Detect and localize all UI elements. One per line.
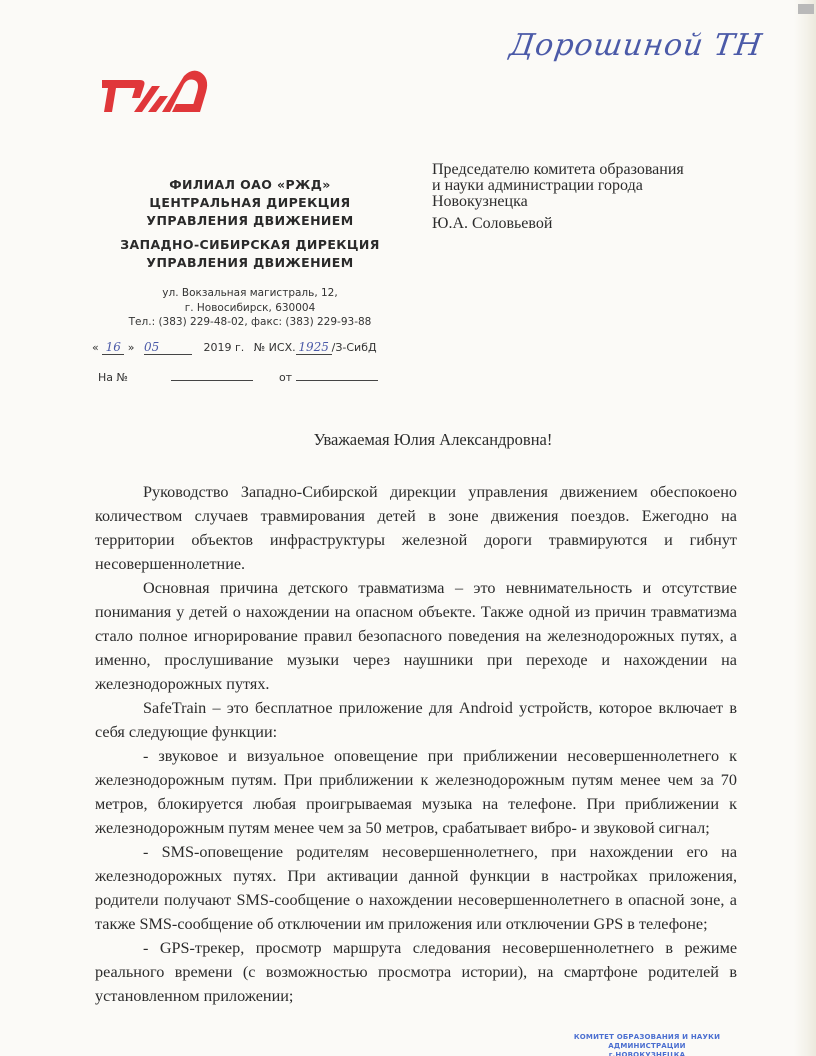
recipient-line1: Председателю комитета образования bbox=[432, 162, 752, 178]
outgoing-number: 1925 bbox=[296, 340, 332, 355]
bullet-sound-alert: - звуковое и визуальное оповещение при п… bbox=[95, 744, 737, 840]
sender-branch: ФИЛИАЛ ОАО «РЖД» bbox=[100, 176, 400, 194]
rzd-logo-icon bbox=[100, 66, 212, 118]
paragraph-1: Руководство Западно-Сибирской дирекции у… bbox=[95, 480, 737, 576]
sender-address: ул. Вокзальная магистраль, 12, г. Новоси… bbox=[100, 286, 400, 330]
reply-to-number-field bbox=[171, 368, 253, 381]
outgoing-number-label: № ИСХ. bbox=[254, 341, 296, 354]
open-quote: « bbox=[92, 341, 99, 354]
sender-directorate-line1: ЦЕНТРАЛЬНАЯ ДИРЕКЦИЯ bbox=[100, 194, 400, 212]
received-stamp: КОМИТЕТ ОБРАЗОВАНИЯ И НАУКИ АДМИНИСТРАЦИ… bbox=[572, 1033, 722, 1056]
sender-subdirectorate-line2: УПРАВЛЕНИЯ ДВИЖЕНИЕМ bbox=[100, 254, 400, 272]
reply-to-label: На № bbox=[98, 371, 128, 384]
outgoing-number-suffix: /З-СибД bbox=[332, 341, 377, 354]
paragraph-3: SafeTrain – это бесплатное приложение дл… bbox=[95, 696, 737, 744]
stamp-line2: АДМИНИСТРАЦИИ г.НОВОКУЗНЕЦКА bbox=[572, 1042, 722, 1056]
sender-directorate-line2: УПРАВЛЕНИЯ ДВИЖЕНИЕМ bbox=[100, 212, 400, 230]
bullet-gps-tracker: - GPS-трекер, просмотр маршрута следован… bbox=[95, 936, 737, 1008]
sender-block: ФИЛИАЛ ОАО «РЖД» ЦЕНТРАЛЬНАЯ ДИРЕКЦИЯ УП… bbox=[100, 176, 400, 272]
page-edge bbox=[794, 0, 816, 1056]
outgoing-number-block: « 16 » 05 2019 г. № ИСХ.1925/З-СибД На №… bbox=[92, 340, 412, 390]
recipient-name: Ю.А. Соловьевой bbox=[432, 216, 752, 232]
recipient-block: Председателю комитета образования и наук… bbox=[432, 162, 752, 232]
stamp-line1: КОМИТЕТ ОБРАЗОВАНИЯ И НАУКИ bbox=[572, 1033, 722, 1042]
bullet-sms-alert: - SMS-оповещение родителям несовершеннол… bbox=[95, 840, 737, 936]
recipient-line3: Новокузнецка bbox=[432, 194, 752, 210]
address-line2: г. Новосибирск, 630004 bbox=[100, 301, 400, 316]
outgoing-year: 2019 г. bbox=[203, 341, 244, 354]
handwritten-note: Дорошиной ТН bbox=[508, 28, 765, 63]
outgoing-date-row: « 16 » 05 2019 г. № ИСХ.1925/З-СибД bbox=[92, 340, 412, 362]
recipient-line2: и науки администрации города bbox=[432, 178, 752, 194]
reply-from-date-field bbox=[296, 368, 378, 381]
address-line1: ул. Вокзальная магистраль, 12, bbox=[100, 286, 400, 301]
page-edge-tab bbox=[798, 4, 814, 14]
reply-to-row: На № от bbox=[92, 368, 412, 390]
close-quote: » bbox=[128, 341, 135, 354]
salutation: Уважаемая Юлия Александровна! bbox=[0, 430, 816, 450]
outgoing-month: 05 bbox=[144, 340, 192, 355]
reply-from-label: от bbox=[279, 371, 292, 384]
phone-line: Тел.: (383) 229-48-02, факс: (383) 229-9… bbox=[100, 315, 400, 330]
outgoing-day: 16 bbox=[102, 340, 124, 355]
paragraph-2: Основная причина детского травматизма – … bbox=[95, 576, 737, 696]
sender-subdirectorate-line1: ЗАПАДНО-СИБИРСКАЯ ДИРЕКЦИЯ bbox=[100, 236, 400, 254]
letter-body: Руководство Западно-Сибирской дирекции у… bbox=[95, 480, 737, 1008]
